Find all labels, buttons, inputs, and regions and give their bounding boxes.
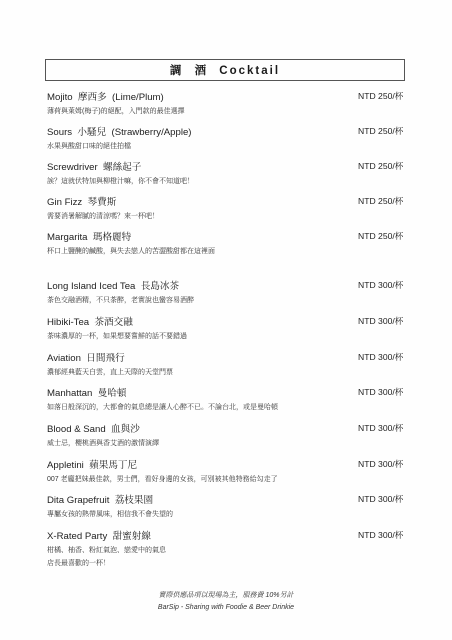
item-description: 如落日般深沉的，大都會的氣息總是讓人心醉不已。不論台北，或是曼哈頓 (47, 402, 407, 413)
item-name: Sours 小騷兒 (Strawberry/Apple) (47, 124, 191, 138)
item-description: 誒？這就伏特加與柳橙汁嘛，你不會不知道吧！ (47, 176, 407, 187)
item-name: Appletini 蘋果馬丁尼 (47, 457, 137, 471)
menu-item-manhattan: Manhattan 曼哈頓 NTD 300/杯 如落日般深沉的，大都會的氣息總是… (47, 385, 407, 413)
item-description: 水果與酸甜口味的絕佳拍檔 (47, 141, 407, 152)
item-price: NTD 300/杯 (358, 422, 403, 434)
menu-item-dita-grapefruit: Dita Grapefruit 荔枝果園 NTD 300/杯 專屬女孩的熱帶風味… (47, 492, 407, 520)
menu-item-margarita: Margarita 瑪格麗特 NTD 250/杯 杯口上鹽醃的鹹酸，與失去戀人的… (47, 229, 407, 257)
menu-item-mojito: Mojito 摩西多 (Lime/Plum) NTD 250/杯 薄荷與萊姆(梅… (47, 89, 407, 117)
item-description-line-2: 店長最喜歡的一杯！ (47, 558, 407, 569)
menu-item-sours: Sours 小騷兒 (Strawberry/Apple) NTD 250/杯 水… (47, 124, 407, 152)
item-name: Screwdriver 螺絲起子 (47, 159, 141, 173)
item-name: X-Rated Party 甜蜜射線 (47, 528, 151, 542)
item-price: NTD 250/杯 (358, 90, 403, 102)
item-name: Margarita 瑪格麗特 (47, 229, 131, 243)
item-name: Gin Fizz 琴費斯 (47, 194, 116, 208)
item-description: 007 老龐把妹最佳款，男士們，看好身邊的女孩，可別被其他特務給勾走了 (47, 474, 407, 485)
item-name: Long Island Iced Tea 長島冰茶 (47, 278, 179, 292)
item-name: Mojito 摩西多 (Lime/Plum) (47, 89, 164, 103)
item-price: NTD 300/杯 (358, 315, 403, 327)
item-name: Hibiki-Tea 茶酒交融 (47, 314, 133, 328)
item-description: 薄荷與萊姆(梅子)的絕配，入門款的最佳選擇 (47, 106, 407, 117)
menu-item-hibiki-tea: Hibiki-Tea 茶酒交融 NTD 300/杯 茶味濃厚的一杯，如果想要嘗鮮… (47, 314, 407, 342)
menu-item-blood-and-sand: Blood & Sand 血與沙 NTD 300/杯 威士忌，櫻桃酒與香艾酒的激… (47, 421, 407, 449)
item-price: NTD 300/杯 (358, 351, 403, 363)
service-charge-note: 實際供應品項以現場為主，服務費 10%另計 (0, 590, 452, 602)
item-description: 威士忌，櫻桃酒與香艾酒的激情演繹 (47, 438, 407, 449)
brand-tagline: BarSip - Sharing with Foodie & Beer Drin… (0, 602, 452, 614)
menu-item-appletini: Appletini 蘋果馬丁尼 NTD 300/杯 007 老龐把妹最佳款，男士… (47, 457, 407, 485)
item-description: 茶色交融酒精，不只茶醉，老實說也蠻容易酒醉 (47, 295, 407, 306)
menu-item-aviation: Aviation 日間飛行 NTD 300/杯 濃郁經典藍天白雲，直上天際的天堂… (47, 350, 407, 378)
menu-item-x-rated-party: X-Rated Party 甜蜜射線 NTD 300/杯 柑橘、柚香、粉紅氣泡、… (47, 528, 407, 569)
item-name: Manhattan 曼哈頓 (47, 385, 126, 399)
item-name: Aviation 日間飛行 (47, 350, 125, 364)
menu-title-box: 調 酒 Cocktail (45, 59, 405, 81)
item-price: NTD 300/杯 (358, 458, 403, 470)
menu-item-screwdriver: Screwdriver 螺絲起子 NTD 250/杯 誒？這就伏特加與柳橙汁嘛，… (47, 159, 407, 187)
menu-page: 調 酒 Cocktail Mojito 摩西多 (Lime/Plum) NTD … (0, 0, 452, 640)
item-price: NTD 300/杯 (358, 386, 403, 398)
item-description: 杯口上鹽醃的鹹酸，與失去戀人的苦澀酸甜都在這裡面 (47, 246, 407, 257)
item-price: NTD 250/杯 (358, 230, 403, 242)
item-price: NTD 250/杯 (358, 160, 403, 172)
menu-item-long-island-iced-tea: Long Island Iced Tea 長島冰茶 NTD 300/杯 茶色交融… (47, 278, 407, 306)
menu-item-gin-fizz: Gin Fizz 琴費斯 NTD 250/杯 需要消暑解膩的清涼嗎？來一杯吧！ (47, 194, 407, 222)
item-description: 需要消暑解膩的清涼嗎？來一杯吧！ (47, 211, 407, 222)
item-price: NTD 300/杯 (358, 493, 403, 505)
item-price: NTD 250/杯 (358, 195, 403, 207)
item-description: 柑橘、柚香、粉紅氣泡、戀愛中的氣息 (47, 545, 407, 556)
item-description: 專屬女孩的熱帶風味，相信我不會失望的 (47, 509, 407, 520)
item-description: 茶味濃厚的一杯，如果想要嘗鮮的話不要錯過 (47, 331, 407, 342)
item-price: NTD 250/杯 (358, 125, 403, 137)
item-name: Blood & Sand 血與沙 (47, 421, 140, 435)
menu-footer: 實際供應品項以現場為主，服務費 10%另計 BarSip - Sharing w… (0, 590, 452, 614)
item-description: 濃郁經典藍天白雲，直上天際的天堂門票 (47, 367, 407, 378)
menu-title: 調 酒 Cocktail (170, 62, 280, 78)
item-price: NTD 300/杯 (358, 279, 403, 291)
item-name: Dita Grapefruit 荔枝果園 (47, 492, 153, 506)
item-price: NTD 300/杯 (358, 529, 403, 541)
